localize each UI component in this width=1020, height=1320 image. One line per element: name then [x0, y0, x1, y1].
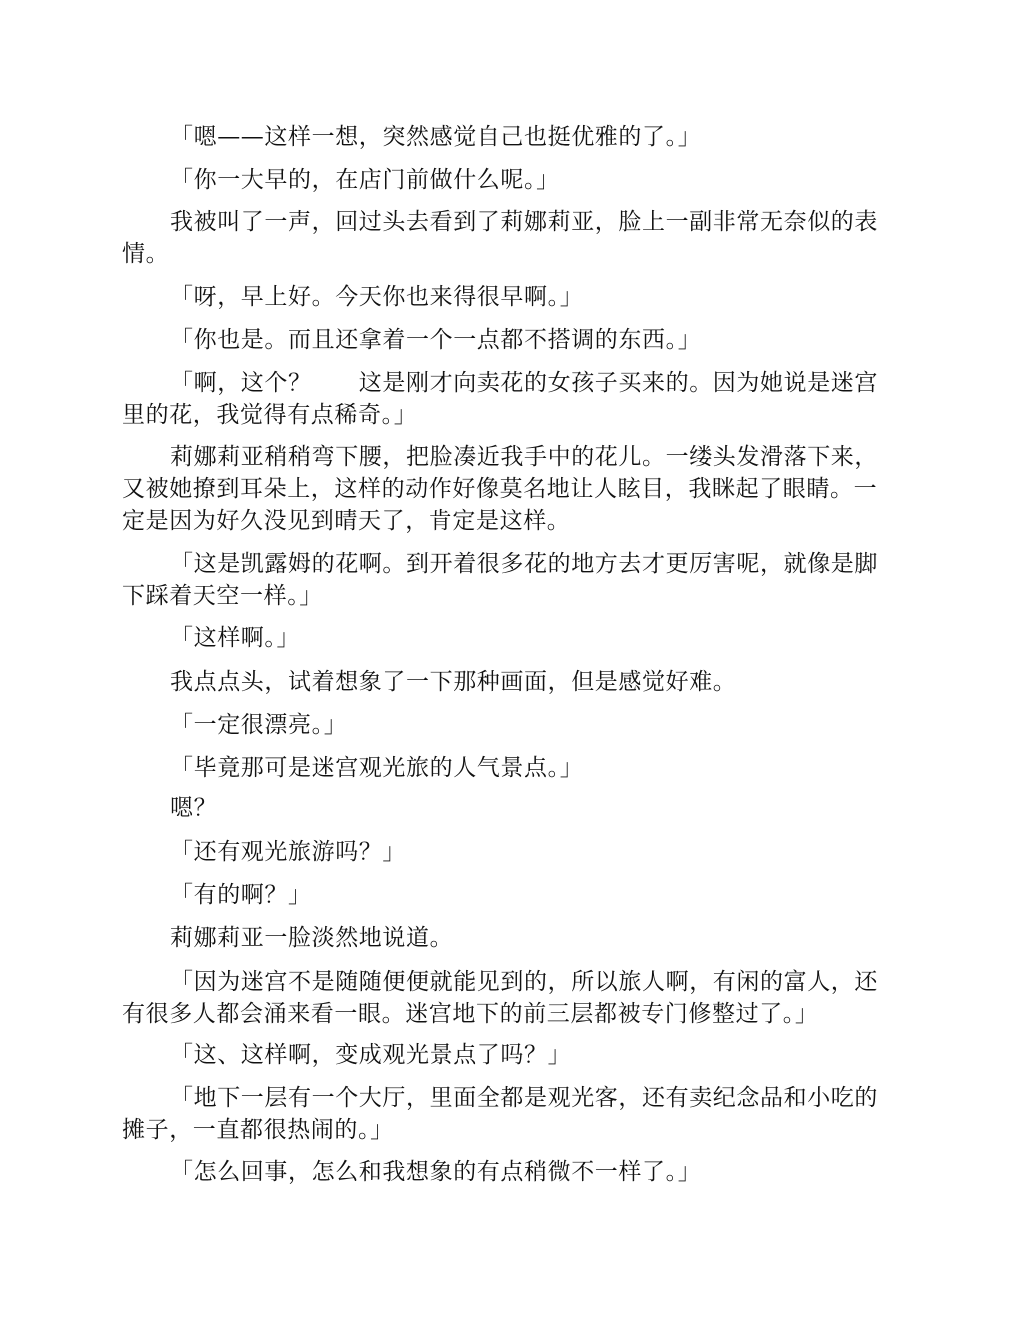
paragraph: 嗯？ — [122, 792, 898, 824]
paragraph: 我点点头，试着想象了一下那种画面，但是感觉好难。 — [122, 666, 898, 698]
paragraph: 「这样啊。」 — [122, 622, 898, 654]
paragraph: 「有的啊？」 — [122, 879, 898, 911]
paragraph: 「你一大早的，在店门前做什么呢。」 — [122, 164, 898, 196]
paragraph: 「一定很漂亮。」 — [122, 709, 898, 741]
paragraph: 莉娜莉亚一脸淡然地说道。 — [122, 922, 898, 954]
paragraph: 「毕竟那可是迷宫观光旅的人气景点。」 — [122, 752, 898, 784]
paragraph: 「因为迷宫不是随随便便就能见到的，所以旅人啊，有闲的富人，还有很多人都会涌来看一… — [122, 966, 898, 1030]
paragraph: 「这是凯露姆的花啊。到开着很多花的地方去才更厉害呢，就像是脚下踩着天空一样。」 — [122, 548, 898, 612]
paragraph: 「呀，早上好。今天你也来得很早啊。」 — [122, 281, 898, 313]
paragraph: 我被叫了一声，回过头去看到了莉娜莉亚，脸上一副非常无奈似的表情。 — [122, 206, 898, 270]
paragraph: 「这、这样啊，变成观光景点了吗？」 — [122, 1039, 898, 1071]
paragraph: 「还有观光旅游吗？」 — [122, 836, 898, 868]
paragraph: 「嗯——这样一想，突然感觉自己也挺优雅的了。」 — [122, 121, 898, 153]
paragraph: 「地下一层有一个大厅，里面全都是观光客，还有卖纪念品和小吃的摊子，一直都很热闹的… — [122, 1082, 898, 1146]
paragraph: 莉娜莉亚稍稍弯下腰，把脸凑近我手中的花儿。一缕头发滑落下来，又被她撩到耳朵上，这… — [122, 441, 898, 537]
paragraph: 「怎么回事，怎么和我想象的有点稍微不一样了。」 — [122, 1156, 898, 1188]
paragraph: 「啊，这个？ 这是刚才向卖花的女孩子买来的。因为她说是迷宫里的花，我觉得有点稀奇… — [122, 367, 898, 431]
paragraph: 「你也是。而且还拿着一个一点都不搭调的东西。」 — [122, 324, 898, 356]
